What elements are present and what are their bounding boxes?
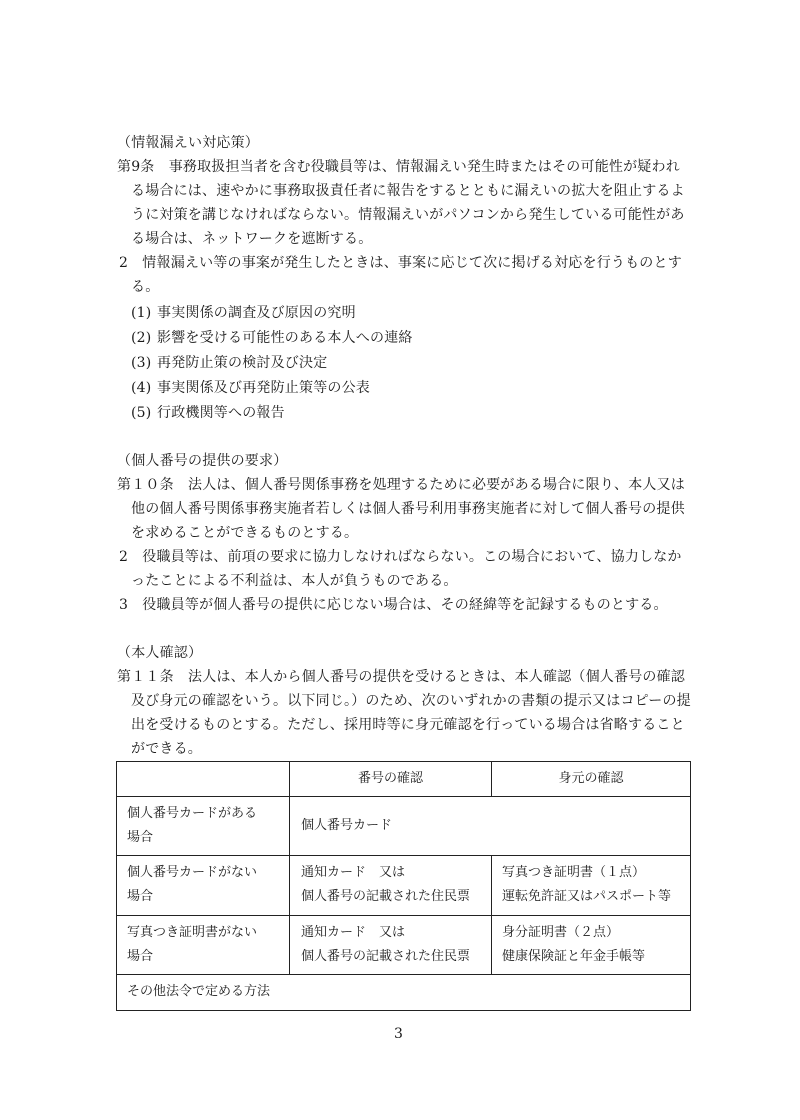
table-header-number-check: 番号の確認 (290, 767, 491, 791)
table-cell-number: 個人番号の記載された住民票 (301, 945, 470, 969)
article-10-para-2: ったことによる不利益は、本人が負うものである。 (131, 569, 458, 593)
article-9-line: 第9条 事務取扱担当者を含む役職員等は、情報漏えい発生時またはその可能性が疑われ (117, 155, 680, 179)
table-divider (117, 796, 690, 797)
article-10-para-2: 2 役職員等は、前項の要求に協力しなければならない。この場合において、協力しなか (119, 545, 682, 569)
article-11-line: ができる。 (131, 737, 202, 761)
list-number: (1) (131, 301, 157, 325)
list-text: 再発防止策の検討及び決定 (157, 355, 327, 371)
list-number: (4) (131, 376, 157, 400)
table-row-case: 個人番号カードがある (127, 802, 257, 826)
article-9-para-2: る。 (131, 275, 159, 299)
section-heading-identity-verification: （本人確認） (117, 641, 202, 665)
document-page: （情報漏えい対応策） 第9条 事務取扱担当者を含む役職員等は、情報漏えい発生時ま… (0, 0, 800, 1120)
section-heading-leak-response: （情報漏えい対応策） (117, 131, 259, 155)
table-cell-full: その他法令で定める方法 (127, 980, 270, 1004)
table-cell-identity: 運転免許証又はパスポート等 (502, 885, 671, 909)
table-row-case: 個人番号カードがない (127, 861, 257, 885)
list-text: 影響を受ける可能性のある本人への連絡 (157, 330, 413, 346)
list-number: (3) (131, 351, 157, 375)
article-11-line: 及び身元の確認をいう。以下同じ。）のため、次のいずれかの書類の提示又はコピーの提 (131, 689, 691, 713)
list-text: 事実関係及び再発防止策等の公表 (157, 380, 370, 396)
article-10-line: 他の個人番号関係事務実施者若しくは個人番号利用事務実施者に対して個人番号の提供 (131, 497, 685, 521)
list-item: (4)事実関係及び再発防止策等の公表 (131, 376, 370, 400)
table-row-case: 場合 (127, 885, 153, 909)
article-9-line: うに対策を講じなければならない。情報漏えいがパソコンから発生している可能性があ (131, 203, 685, 227)
list-text: 事実関係の調査及び原因の究明 (157, 305, 356, 321)
table-cell-identity: 身分証明書（２点） (502, 921, 619, 945)
page-number: 3 (394, 1026, 403, 1042)
article-9-line: る場合は、ネットワークを遮断する。 (131, 227, 372, 251)
table-row-case: 場合 (127, 945, 153, 969)
table-cell-number: 個人番号の記載された住民票 (301, 885, 470, 909)
table-cell-identity: 健康保険証と年金手帳等 (502, 945, 645, 969)
list-number: (5) (131, 401, 157, 425)
article-9-para-2: 2 情報漏えい等の事案が発生したときは、事案に応じて次に掲げる対応を行うものとす (119, 251, 682, 275)
list-text: 行政機関等への報告 (157, 405, 285, 421)
table-divider (117, 915, 690, 916)
list-item: (5)行政機関等への報告 (131, 401, 285, 425)
article-11-line: 第１１条 法人は、本人から個人番号の提供を受けるときは、本人確認（個人番号の確認 (117, 665, 685, 689)
table-row-case: 場合 (127, 826, 153, 850)
list-item: (1)事実関係の調査及び原因の究明 (131, 301, 356, 325)
article-10-line: 第１０条 法人は、個人番号関係事務を処理するために必要がある場合に限り、本人又は (117, 473, 685, 497)
table-header-identity-check: 身元の確認 (492, 767, 690, 791)
list-number: (2) (131, 326, 157, 350)
table-divider (289, 762, 290, 974)
article-9-line: る場合には、速やかに事務取扱責任者に報告をするとともに漏えいの拡大を阻止するよ (131, 179, 685, 203)
table-cell-number: 通知カード 又は (301, 861, 405, 885)
table-cell-number: 通知カード 又は (301, 921, 405, 945)
article-10-line: を求めることができるものとする。 (131, 521, 358, 545)
table-divider (491, 855, 492, 974)
table-row-case: 写真つき証明書がない (127, 921, 257, 945)
table-divider (117, 855, 690, 856)
list-item: (3)再発防止策の検討及び決定 (131, 351, 327, 375)
verification-table: 番号の確認 身元の確認 個人番号カードがある 場合 個人番号カード 個人番号カー… (116, 761, 691, 1011)
list-item: (2)影響を受ける可能性のある本人への連絡 (131, 326, 413, 350)
table-divider (117, 974, 690, 975)
article-11-line: 出を受けるものとする。ただし、採用時等に身元確認を行っている場合は省略すること (131, 713, 685, 737)
section-heading-number-request: （個人番号の提供の要求） (117, 449, 287, 473)
article-10-para-3: 3 役職員等が個人番号の提供に応じない場合は、その経緯等を記録するものとする。 (119, 593, 668, 617)
table-cell-identity: 写真つき証明書（１点） (502, 861, 645, 885)
table-cell-merged: 個人番号カード (301, 814, 392, 838)
